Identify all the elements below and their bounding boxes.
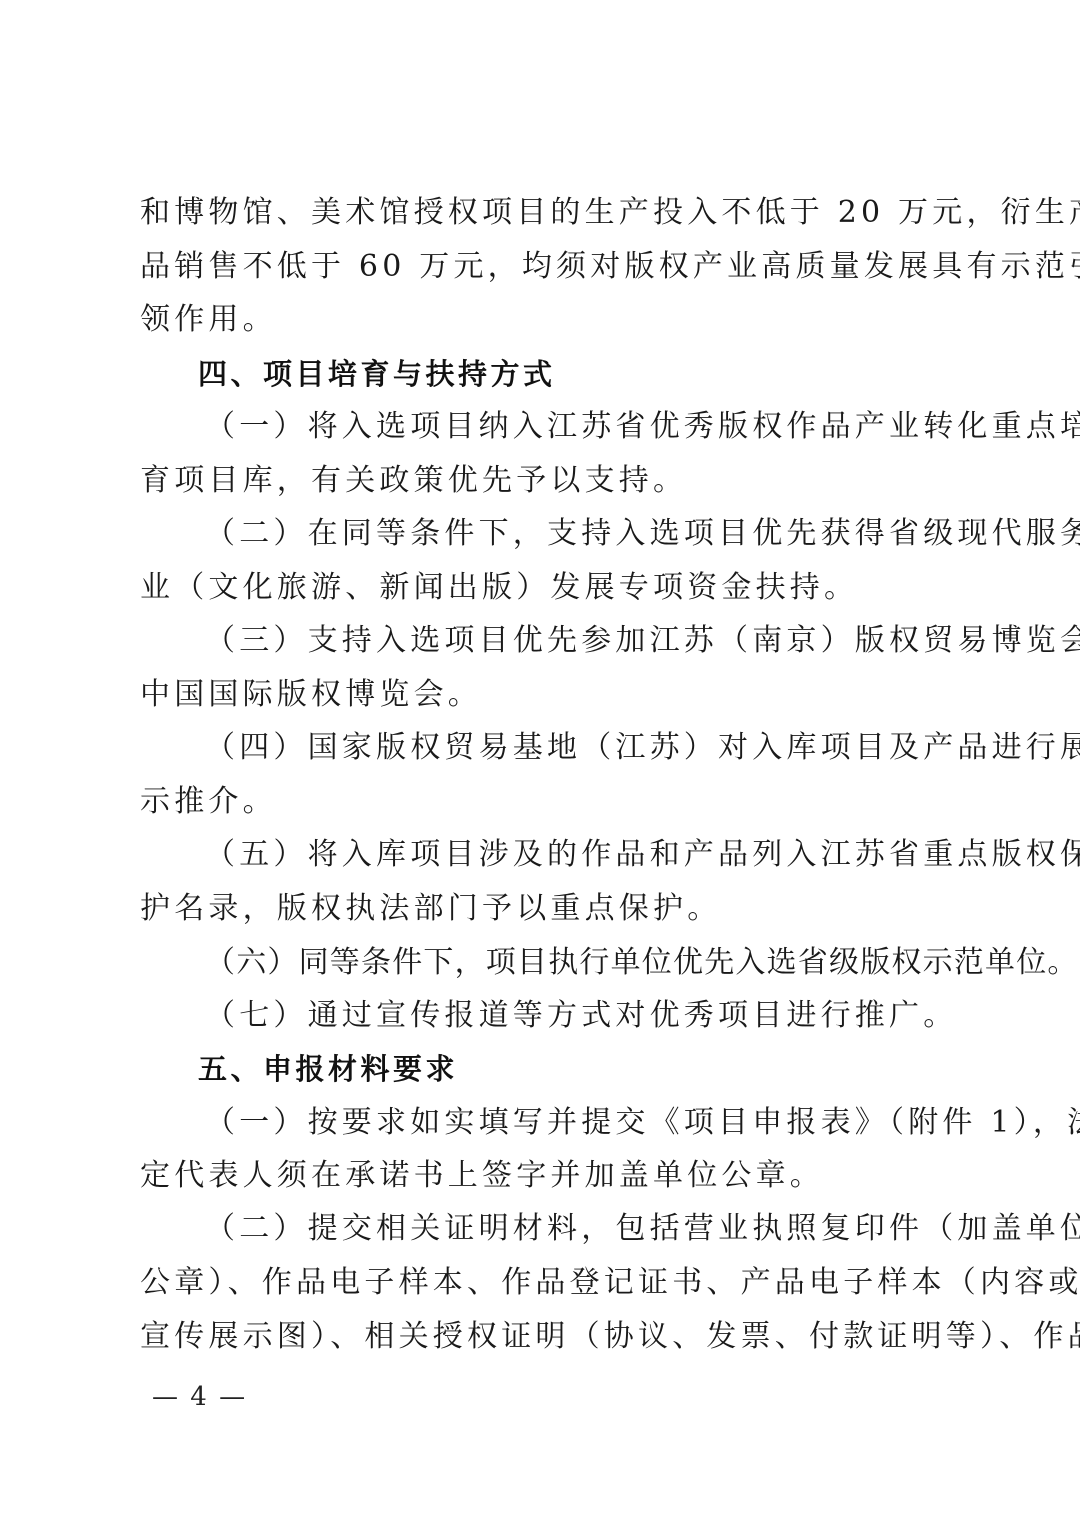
body-text-line: 领作用。 <box>140 300 942 340</box>
list-item-1-line: 育项目库，有关政策优先予以支持。 <box>140 461 942 501</box>
list-item-4-line: 示推介。 <box>140 782 942 822</box>
body-text-line: 和博物馆、美术馆授权项目的生产投入不低于 20 万元，衍生产 <box>140 193 942 233</box>
requirement-2-line: 公章）、作品电子样本、作品登记证书、产品电子样本（内容或 <box>140 1263 942 1303</box>
requirement-2-line: 宣传展示图）、相关授权证明（协议、发票、付款证明等）、作品 <box>140 1317 942 1357</box>
document-page: 和博物馆、美术馆授权项目的生产投入不低于 20 万元，衍生产 品销售不低于 60… <box>0 0 1080 1527</box>
list-item-1-line: （一）将入选项目纳入江苏省优秀版权作品产业转化重点培 <box>205 407 942 447</box>
requirement-1-line: （一）按要求如实填写并提交《项目申报表》（附件 1），法 <box>205 1103 942 1143</box>
body-text-line: 品销售不低于 60 万元，均须对版权产业高质量发展具有示范引 <box>140 247 942 287</box>
list-item-3-line: （三）支持入选项目优先参加江苏（南京）版权贸易博览会、 <box>205 621 942 661</box>
list-item-4-line: （四）国家版权贸易基地（江苏）对入库项目及产品进行展 <box>205 728 942 768</box>
list-item-6-line: （六）同等条件下，项目执行单位优先入选省级版权示范单位。 <box>205 943 942 983</box>
list-item-2-line: （二）在同等条件下，支持入选项目优先获得省级现代服务 <box>205 514 942 554</box>
section-heading-5: 五、申报材料要求 <box>198 1049 458 1089</box>
requirement-1-line: 定代表人须在承诺书上签字并加盖单位公章。 <box>140 1156 942 1196</box>
list-item-5-line: 护名录，版权执法部门予以重点保护。 <box>140 889 942 929</box>
list-item-2-line: 业（文化旅游、新闻出版）发展专项资金扶持。 <box>140 568 942 608</box>
requirement-2-line: （二）提交相关证明材料，包括营业执照复印件（加盖单位 <box>205 1209 942 1249</box>
list-item-3-line: 中国国际版权博览会。 <box>140 675 942 715</box>
list-item-7-line: （七）通过宣传报道等方式对优秀项目进行推广。 <box>205 996 942 1036</box>
section-heading-4: 四、项目培育与扶持方式 <box>198 354 556 394</box>
page-number: — 4 — <box>152 1380 247 1414</box>
list-item-5-line: （五）将入库项目涉及的作品和产品列入江苏省重点版权保 <box>205 835 942 875</box>
